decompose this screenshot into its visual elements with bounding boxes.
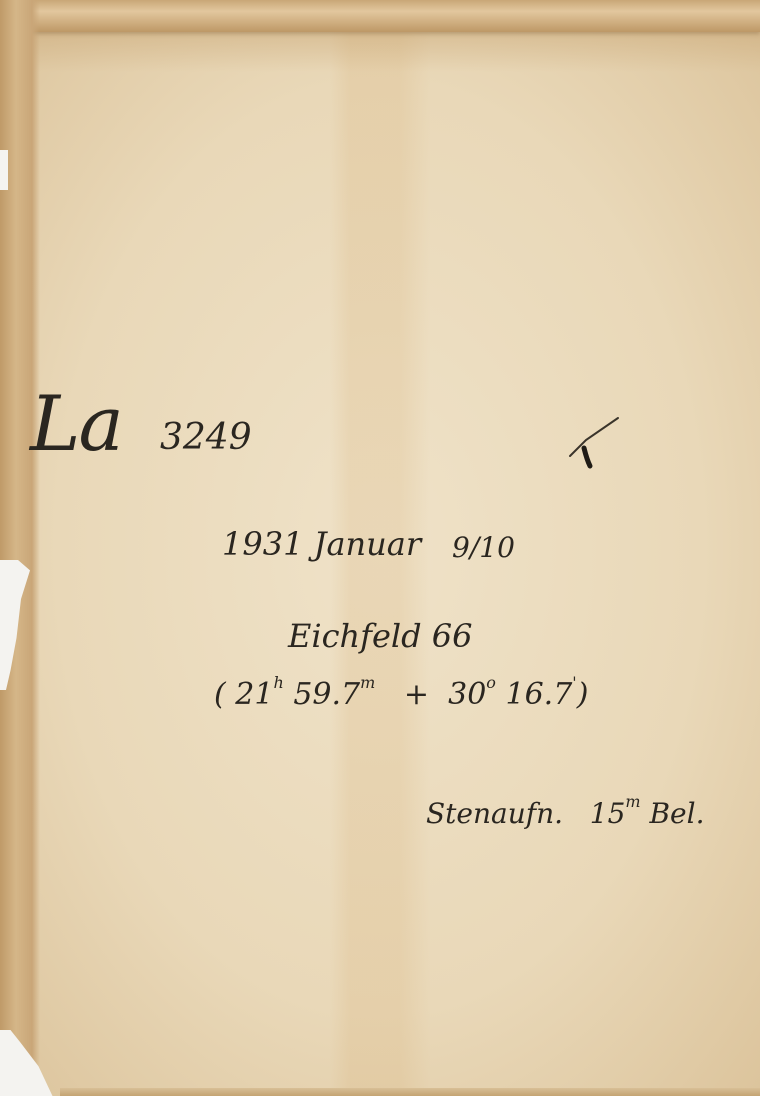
dec-sign: +: [404, 677, 429, 712]
ra-minutes-unit: m: [360, 673, 375, 692]
exposure-note: Stenaufn. 15m Bel.: [426, 800, 705, 828]
dec-minutes: 16.7: [505, 677, 572, 712]
top-fold-shadow: [0, 32, 760, 72]
exposure-unit: m: [625, 792, 640, 811]
bottom-edge: [60, 1088, 760, 1096]
ra-hours-unit: h: [273, 673, 283, 692]
catalog-number: 3249: [160, 420, 252, 456]
close-paren: ): [577, 677, 589, 712]
torn-edge-upper: [0, 150, 8, 190]
ra-hours: 21: [235, 677, 273, 712]
open-paren: (: [214, 677, 226, 712]
ra-minutes: 59.7: [293, 677, 360, 712]
coordinates: ( 21h 59.7m + 30o 16.7'): [214, 680, 588, 710]
observation-days: 9/10: [452, 534, 515, 562]
observation-date: 1931 Januar: [222, 528, 421, 560]
dec-degrees-unit: o: [486, 673, 496, 692]
top-folded-edge: [0, 0, 760, 32]
observer-note: Stenaufn.: [426, 797, 563, 830]
field-reference: Eichfeld 66: [288, 620, 473, 652]
exposure-time: 15: [590, 797, 626, 830]
dec-minutes-unit: ': [572, 673, 576, 692]
dec-degrees: 30: [448, 677, 486, 712]
exposure-suffix: Bel.: [649, 797, 704, 830]
catalog-prefix: La: [30, 386, 122, 462]
check-mark-icon: [560, 404, 630, 474]
